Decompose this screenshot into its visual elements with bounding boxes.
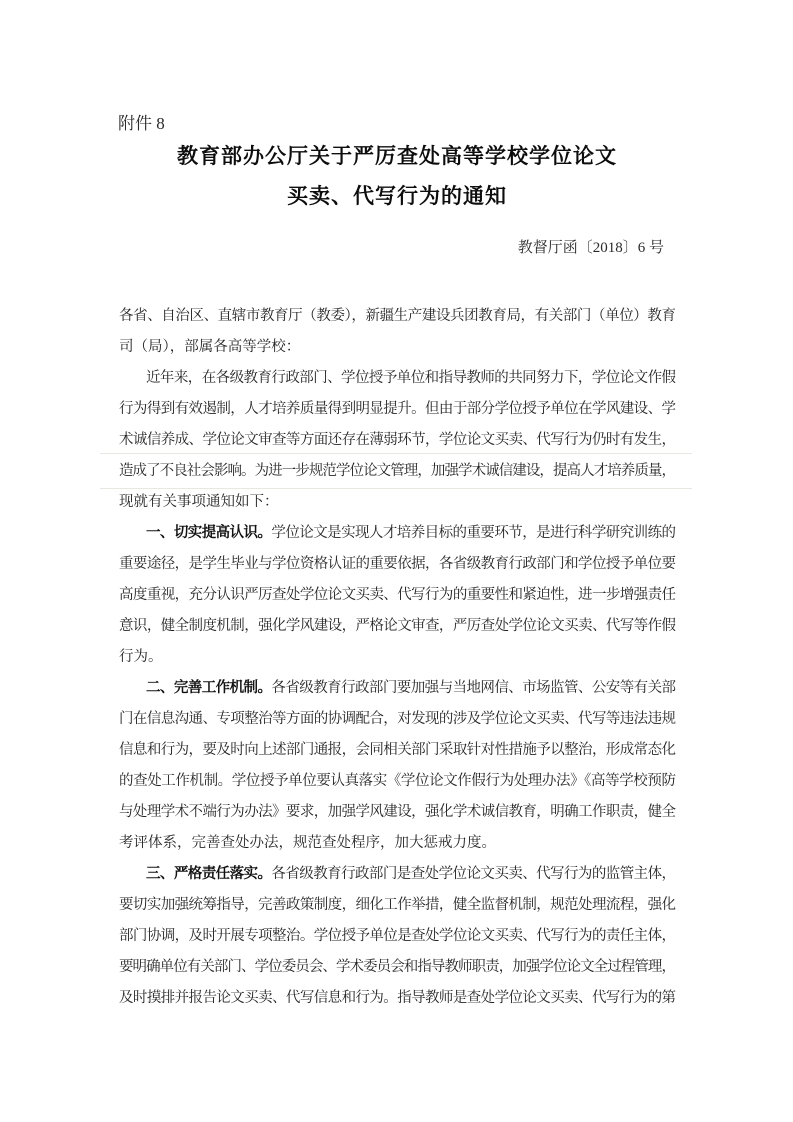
body-line: 三、严格责任落实。各省级教育行政部门是查处学位论文买卖、代写行为的监管主体， [119, 859, 675, 890]
body-line: 及时摸排并报告论文买卖、代写信息和行为。指导教师是查处学位论文买卖、代写行为的第 [119, 983, 675, 1014]
body-line: 门在信息沟通、专项整治等方面的协调配合，对发现的涉及学位论文买卖、代写等违法违规 [119, 704, 675, 735]
attachment-label: 附件 8 [118, 112, 165, 136]
body-line: 考评体系，完善查处办法，规范查处程序，加大惩戒力度。 [119, 828, 675, 859]
paragraph: 一、切实提高认识。学位论文是实现人才培养目标的重要环节，是进行科学研究训练的重要… [119, 518, 675, 673]
body-line: 要明确单位有关部门、学位委员会、学术委员会和指导教师职责，加强学位论文全过程管理… [119, 952, 675, 983]
body-line: 各省、自治区、直辖市教育厅（教委），新疆生产建设兵团教育局，有关部门（单位）教育 [119, 301, 675, 332]
body-line: 现就有关事项通知如下： [119, 487, 675, 518]
paragraph: 各省、自治区、直辖市教育厅（教委），新疆生产建设兵团教育局，有关部门（单位）教育… [119, 301, 675, 363]
document-title-line-1: 教育部办公厅关于严厉查处高等学校学位论文 [119, 144, 675, 170]
body-line: 一、切实提高认识。学位论文是实现人才培养目标的重要环节，是进行科学研究训练的 [119, 518, 675, 549]
body-line: 与处理学术不端行为办法》要求，加强学风建设，强化学术诚信教育，明确工作职责，健全 [119, 797, 675, 828]
paragraph: 三、严格责任落实。各省级教育行政部门是查处学位论文买卖、代写行为的监管主体，要切… [119, 859, 675, 1014]
body-line: 术诚信养成、学位论文审查等方面还存在薄弱环节，学位论文买卖、代写行为仍时有发生， [119, 425, 675, 456]
body-line: 高度重视，充分认识严厉查处学位论文买卖、代写行为的重要性和紧迫性，进一步增强责任 [119, 580, 675, 611]
body-line: 造成了不良社会影响。为进一步规范学位论文管理，加强学术诚信建设，提高人才培养质量… [119, 456, 675, 487]
body-line: 行为。 [119, 642, 675, 673]
body-line: 二、完善工作机制。各省级教育行政部门要加强与当地网信、市场监管、公安等有关部 [119, 673, 675, 704]
section-heading: 三、严格责任落实。 [146, 866, 271, 882]
paragraph: 二、完善工作机制。各省级教育行政部门要加强与当地网信、市场监管、公安等有关部门在… [119, 673, 675, 859]
body-line: 意识，健全制度机制，强化学风建设，严格论文审查，严厉查处学位论文买卖、代写等作假 [119, 611, 675, 642]
body-line: 行为得到有效遏制，人才培养质量得到明显提升。但由于部分学位授予单位在学风建设、学 [119, 394, 675, 425]
body-line: 司（局），部属各高等学校： [119, 332, 675, 363]
document-body: 各省、自治区、直辖市教育厅（教委），新疆生产建设兵团教育局，有关部门（单位）教育… [119, 301, 675, 1014]
paragraph: 近年来，在各级教育行政部门、学位授予单位和指导教师的共同努力下，学位论文作假行为… [119, 363, 675, 518]
document-page: 附件 8 教育部办公厅关于严厉查处高等学校学位论文 买卖、代写行为的通知 教督厅… [0, 0, 793, 1122]
section-heading: 二、完善工作机制。 [146, 680, 271, 696]
body-line: 重要途径，是学生毕业与学位资格认证的重要依据，各省级教育行政部门和学位授予单位要 [119, 549, 675, 580]
body-line: 近年来，在各级教育行政部门、学位授予单位和指导教师的共同努力下，学位论文作假 [119, 363, 675, 394]
document-title-line-2: 买卖、代写行为的通知 [119, 184, 675, 210]
body-line: 信息和行为，要及时向上述部门通报，会同相关部门采取针对性措施予以整治，形成常态化 [119, 735, 675, 766]
body-line: 的查处工作机制。学位授予单位要认真落实《学位论文作假行为处理办法》《高等学校预防 [119, 766, 675, 797]
body-line: 要切实加强统筹指导，完善政策制度，细化工作举措，健全监督机制，规范处理流程，强化 [119, 890, 675, 921]
document-number: 教督厅函〔2018〕6 号 [119, 237, 664, 259]
section-heading: 一、切实提高认识。 [146, 525, 271, 541]
body-line: 部门协调，及时开展专项整治。学位授予单位是查处学位论文买卖、代写行为的责任主体， [119, 921, 675, 952]
